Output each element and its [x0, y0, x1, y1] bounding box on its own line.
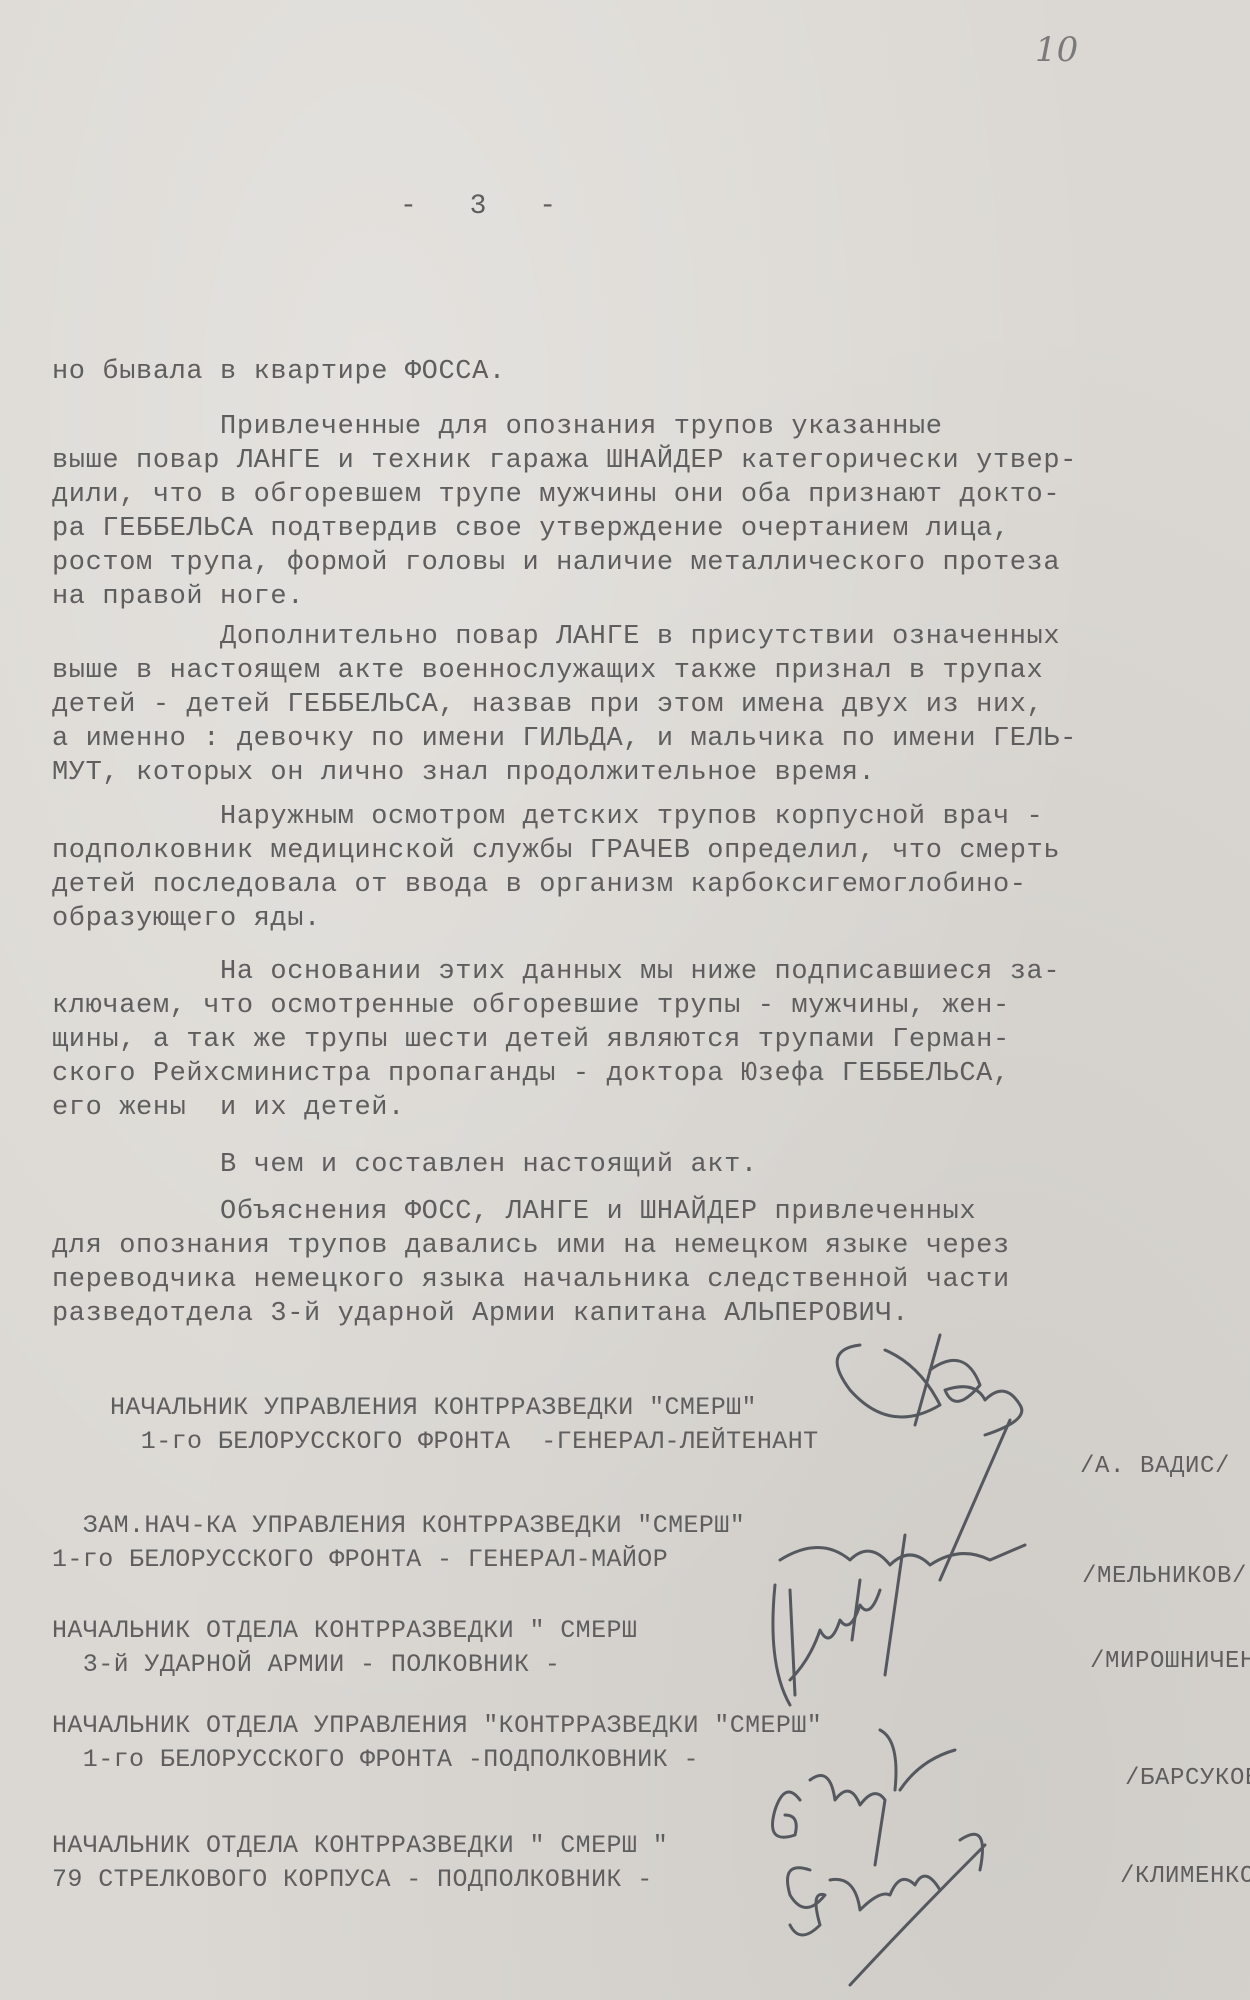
paragraph-line: выше в настоящем акте военнослужащих так…	[52, 654, 1043, 688]
paragraph-line: для опознания трупов давались ими на нем…	[52, 1229, 1010, 1263]
signatory-title: ЗАМ.НАЧ-КА УПРАВЛЕНИЯ КОНТРРАЗВЕДКИ "СМЕ…	[52, 1510, 745, 1542]
paragraph-line: детей последовала от ввода в организм ка…	[52, 868, 1027, 902]
signatory-title: НАЧАЛЬНИК УПРАВЛЕНИЯ КОНТРРАЗВЕДКИ "СМЕР…	[110, 1392, 757, 1424]
signatory-title: 79 СТРЕЛКОВОГО КОРПУСА - ПОДПОЛКОВНИК -	[52, 1864, 653, 1896]
signatory-title: 3-й УДАРНОЙ АРМИИ - ПОЛКОВНИК -	[52, 1649, 560, 1681]
paragraph-line: МУТ, которых он лично знал продолжительн…	[52, 756, 875, 790]
signatory-name: /КЛИМЕНКО /	[1120, 1860, 1250, 1894]
paragraph-line: но бывала в квартире ФОССА.	[52, 355, 506, 389]
paragraph-line: выше повар ЛАНГЕ и техник гаража ШНАЙДЕР…	[52, 444, 1077, 478]
page-number: - 3 -	[400, 190, 557, 224]
paragraph-line: ключаем, что осмотренные обгоревшие труп…	[52, 989, 1010, 1023]
signature-klimenko	[788, 1834, 986, 1985]
paragraph-line: разведотдела 3-й ударной Армии капитана …	[52, 1297, 909, 1331]
paragraph-line: Наружным осмотром детских трупов корпусн…	[52, 800, 1043, 834]
signatory-name: /МЕЛЬНИКОВ/	[1082, 1560, 1247, 1594]
paragraph-line: а именно : девочку по имени ГИЛЬДА, и ма…	[52, 722, 1077, 756]
signatory-name: /МИРОШНИЧЕНКО	[1090, 1645, 1250, 1679]
paragraph-line: ростом трупа, формой головы и наличие ме…	[52, 546, 1060, 580]
paragraph-line: ра ГЕББЕЛЬСА подтвердив свое утверждение…	[52, 512, 1010, 546]
signatory-name: /БАРСУКОВ /	[1125, 1762, 1250, 1796]
signatory-title: НАЧАЛЬНИК ОТДЕЛА КОНТРРАЗВЕДКИ " СМЕРШ	[52, 1615, 637, 1647]
paragraph-line: детей - детей ГЕББЕЛЬСА, назвав при этом…	[52, 688, 1043, 722]
signature-barsukov	[773, 1730, 956, 1865]
paragraph-line: Дополнительно повар ЛАНГЕ в присутствии …	[52, 620, 1060, 654]
document-page: 10 - 3 - но бывала в квартире ФОССА. При…	[0, 0, 1250, 2000]
signatory-title: 1-го БЕЛОРУССКОГО ФРОНТА - ГЕНЕРАЛ-МАЙОР	[52, 1544, 668, 1576]
paragraph-line: Объяснения ФОСС, ЛАНГЕ и ШНАЙДЕР привлеч…	[52, 1195, 976, 1229]
paragraph-line: ского Рейхсминистра пропаганды - доктора…	[52, 1057, 1010, 1091]
signatory-name: /А. ВАДИС/	[1080, 1450, 1230, 1484]
signatory-title: 1-го БЕЛОРУССКОГО ФРОНТА -ГЕНЕРАЛ-ЛЕЙТЕН…	[110, 1426, 819, 1458]
paragraph-line: На основании этих данных мы ниже подписа…	[52, 955, 1060, 989]
signature-vadis	[837, 1335, 1022, 1580]
signatory-title: НАЧАЛЬНИК ОТДЕЛА КОНТРРАЗВЕДКИ " СМЕРШ "	[52, 1830, 668, 1862]
signature-miroshnichenko	[773, 1585, 880, 1705]
paragraph-line: В чем и составлен настоящий акт.	[52, 1148, 758, 1182]
paragraph-line: Привлеченные для опознания трупов указан…	[52, 410, 943, 444]
paragraph-line: его жены и их детей.	[52, 1091, 405, 1125]
signatory-title: 1-го БЕЛОРУССКОГО ФРОНТА -ПОДПОЛКОВНИК -	[52, 1744, 699, 1776]
paragraph-line: подполковник медицинской службы ГРАЧЕВ о…	[52, 834, 1060, 868]
signatory-title: НАЧАЛЬНИК ОТДЕЛА УПРАВЛЕНИЯ "КОНТРРАЗВЕД…	[52, 1710, 822, 1742]
paragraph-line: щины, а так же трупы шести детей являютс…	[52, 1023, 1010, 1057]
paragraph-line: переводчика немецкого языка начальника с…	[52, 1263, 1010, 1297]
paragraph-line: образующего яды.	[52, 902, 321, 936]
folio-number: 10	[1035, 30, 1078, 70]
paragraph-line: на правой ноге.	[52, 580, 304, 614]
paragraph-line: дили, что в обгоревшем трупе мужчины они…	[52, 478, 1060, 512]
signature-melnikov	[780, 1535, 1025, 1675]
